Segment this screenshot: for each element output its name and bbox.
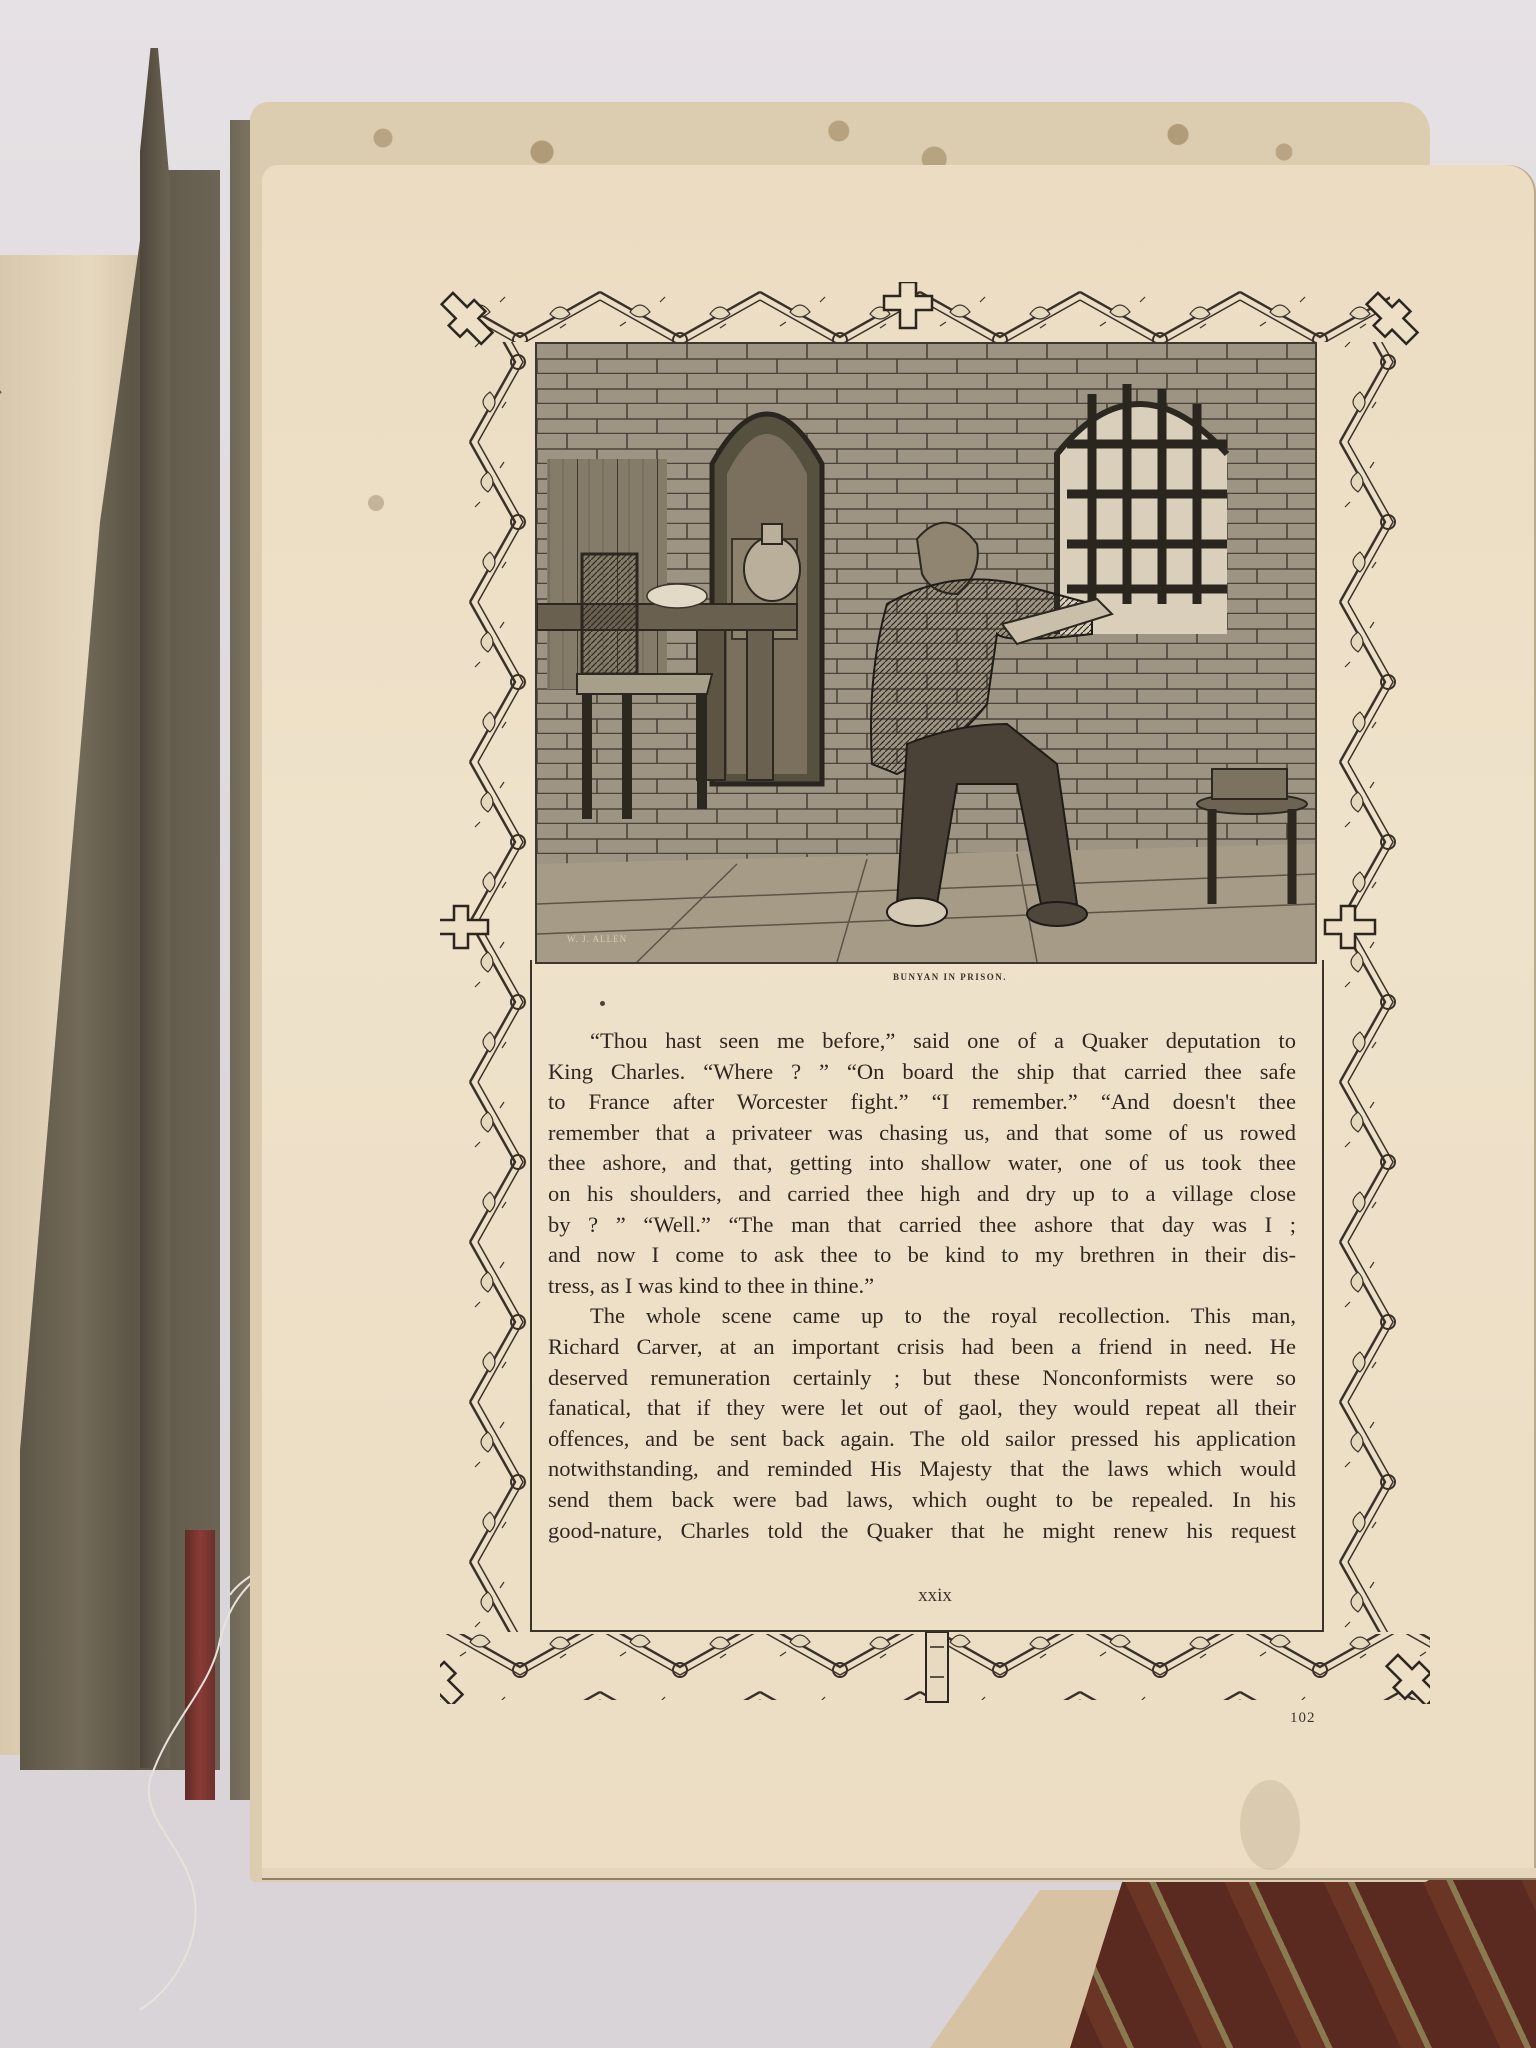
text-line: thee ashore, and that, getting into shal…: [548, 1148, 1296, 1179]
detached-spine-flap: [140, 48, 170, 1768]
page-bottom-edge: [262, 1868, 1536, 1880]
text-line: good-nature, Charles told the Quaker tha…: [548, 1516, 1296, 1547]
text-line: to France after Worcester fight.” “I rem…: [548, 1087, 1296, 1118]
text-line: fanatical, that if they were let out of …: [548, 1393, 1296, 1424]
text-line: on his shoulders, and carried thee high …: [548, 1179, 1296, 1210]
paragraph-2: The whole scene came up to the royal rec…: [548, 1301, 1296, 1546]
plate-number: 102: [1290, 1710, 1316, 1727]
ink-speck: [600, 1001, 605, 1006]
text-line: King Charles. “Where ? ” “On board the s…: [548, 1057, 1296, 1088]
text-line: and now I come to ask thee to be kind to…: [548, 1240, 1296, 1271]
engraving-illustration: [535, 342, 1317, 964]
text-line: Richard Carver, at an important crisis h…: [548, 1332, 1296, 1363]
text-line: send them back were bad laws, which ough…: [548, 1485, 1296, 1516]
carpet-corner: [1070, 1870, 1536, 2048]
page-spot: [368, 495, 384, 511]
text-line: “Thou hast seen me before,” said one of …: [548, 1026, 1296, 1057]
text-line: tress, as I was kind to thee in thine.”: [548, 1271, 1296, 1302]
text-line: offences, and be sent back again. The ol…: [548, 1424, 1296, 1455]
page-stain: [1240, 1780, 1300, 1870]
paragraph-1: “Thou hast seen me before,” said one of …: [548, 1026, 1296, 1301]
artist-signature: W. J. ALLEN: [567, 934, 627, 944]
page-folio: xxix: [880, 1585, 990, 1607]
text-line: deserved remuneration certainly ; but th…: [548, 1363, 1296, 1394]
text-line: notwithstanding, and reminded His Majest…: [548, 1454, 1296, 1485]
text-line: remember that a privateer was chasing us…: [548, 1118, 1296, 1149]
text-line: The whole scene came up to the royal rec…: [548, 1301, 1296, 1332]
text-line: by ? ” “Well.” “The man that carried the…: [548, 1210, 1296, 1241]
body-text: “Thou hast seen me before,” said one of …: [548, 1026, 1296, 1546]
